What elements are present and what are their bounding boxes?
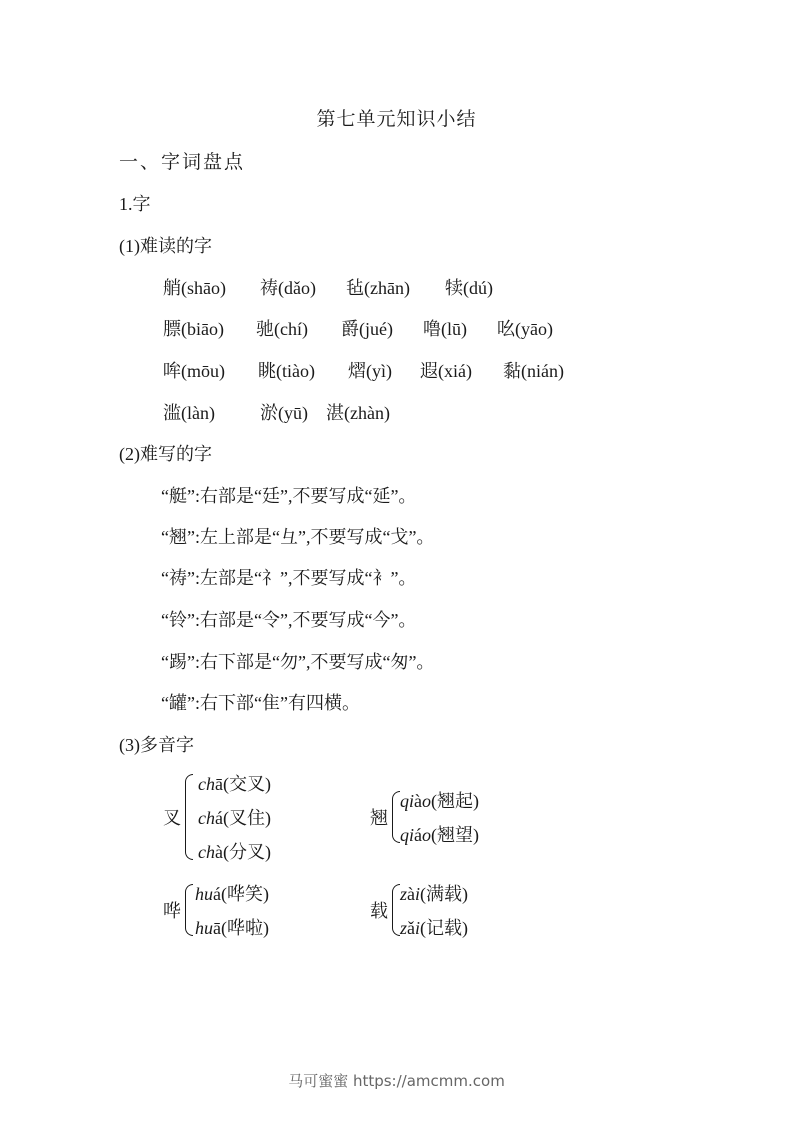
writing-note: “踢”:右下部是“勿”,不要写成“匆”。	[161, 648, 434, 674]
reading-item: 湛(zhàn)	[326, 399, 390, 425]
reading-item: 犊(dú)	[445, 274, 493, 300]
example-word: (翘起)	[431, 791, 479, 811]
reading-option: huá(哗笑)	[195, 880, 269, 906]
pinyin-vowel: á	[215, 808, 223, 828]
writing-note: “祷”:左部是“礻”,不要写成“衤”。	[161, 564, 416, 590]
part-heading-polyphonic: (3)多音字	[119, 731, 194, 757]
brace-icon	[185, 774, 193, 860]
example-word: (哗笑)	[221, 884, 269, 904]
reading-item: 噜(lū)	[423, 315, 467, 341]
brace-icon	[185, 884, 193, 936]
reading-option: zǎi(记载)	[400, 914, 468, 940]
writing-note: “铃”:右部是“令”,不要写成“今”。	[161, 606, 416, 632]
pinyin-initial: hu	[195, 884, 213, 904]
pinyin-rest: o	[422, 825, 431, 845]
pinyin-initial: ch	[198, 842, 215, 862]
pinyin-vowel: á	[213, 884, 221, 904]
polyphonic-group-qiao: 翘 qiào(翘起) qiáo(翘望)	[370, 787, 530, 847]
reading-option: qiáo(翘望)	[400, 821, 479, 847]
example-word: (叉住)	[223, 808, 271, 828]
pinyin-vowel: ǎ	[407, 918, 415, 938]
polyphonic-group-hua: 哗 huá(哗笑) huā(哗啦)	[163, 880, 313, 940]
example-word: (哗啦)	[221, 918, 269, 938]
reading-option: zài(满载)	[400, 880, 468, 906]
pinyin-vowel: ā	[215, 774, 223, 794]
reading-item: 熠(yì)	[348, 357, 392, 383]
example-word: (翘望)	[431, 825, 479, 845]
example-word: (分叉)	[223, 842, 271, 862]
reading-item: 眺(tiào)	[258, 357, 315, 383]
reading-option: chá(叉住)	[198, 804, 271, 830]
polyphonic-group-zai: 载 zài(满载) zǎi(记载)	[370, 880, 520, 940]
pinyin-initial: qi	[400, 825, 414, 845]
pinyin-vowel: á	[414, 825, 422, 845]
reading-item: 膘(biāo)	[163, 315, 224, 341]
part-heading-hard-to-write: (2)难写的字	[119, 440, 212, 466]
pinyin-vowel: à	[414, 791, 422, 811]
subsection-heading-characters: 1.字	[119, 190, 151, 216]
polyphonic-group-cha: 叉 chā(交叉) chá(叉住) chà(分叉)	[163, 770, 313, 862]
example-word: (交叉)	[223, 774, 271, 794]
reading-option: huā(哗啦)	[195, 914, 269, 940]
pinyin-vowel: à	[215, 842, 223, 862]
reading-item: 淤(yū)	[260, 399, 308, 425]
reading-item: 黏(nián)	[503, 357, 564, 383]
reading-item: 哞(mōu)	[163, 357, 225, 383]
reading-option: chà(分叉)	[198, 838, 271, 864]
writing-note: “翘”:左上部是“⺔”,不要写成“戈”。	[161, 523, 434, 549]
reading-item: 滥(làn)	[163, 399, 215, 425]
reading-item: 吆(yāo)	[497, 315, 553, 341]
section-heading-vocabulary: 一、字词盘点	[119, 147, 245, 174]
page-title: 第七单元知识小结	[0, 104, 793, 131]
pinyin-initial: qi	[400, 791, 414, 811]
reading-item: 爵(jué)	[341, 315, 393, 341]
reading-item: 艄(shāo)	[163, 274, 226, 300]
writing-note: “罐”:右下部“隹”有四横。	[161, 689, 360, 715]
reading-item: 遐(xiá)	[420, 357, 472, 383]
writing-note: “艇”:右部是“廷”,不要写成“延”。	[161, 482, 416, 508]
pinyin-initial: z	[400, 884, 407, 904]
brace-icon	[392, 791, 400, 843]
pinyin-vowel: à	[407, 884, 415, 904]
pinyin-initial: z	[400, 918, 407, 938]
reading-item: 毡(zhān)	[346, 274, 410, 300]
part-heading-hard-to-read: (1)难读的字	[119, 232, 212, 258]
pinyin-initial: hu	[195, 918, 213, 938]
reading-option: qiào(翘起)	[400, 787, 479, 813]
example-word: (满载)	[420, 884, 468, 904]
example-word: (记载)	[420, 918, 468, 938]
pinyin-initial: ch	[198, 774, 215, 794]
brace-icon	[392, 884, 400, 936]
pinyin-vowel: ā	[213, 918, 221, 938]
reading-item: 祷(dǎo)	[260, 274, 316, 300]
reading-option: chā(交叉)	[198, 770, 271, 796]
reading-item: 驰(chí)	[256, 315, 308, 341]
pinyin-initial: ch	[198, 808, 215, 828]
footer-watermark: 马可蜜蜜 https://amcmm.com	[0, 1070, 793, 1091]
pinyin-rest: o	[422, 791, 431, 811]
